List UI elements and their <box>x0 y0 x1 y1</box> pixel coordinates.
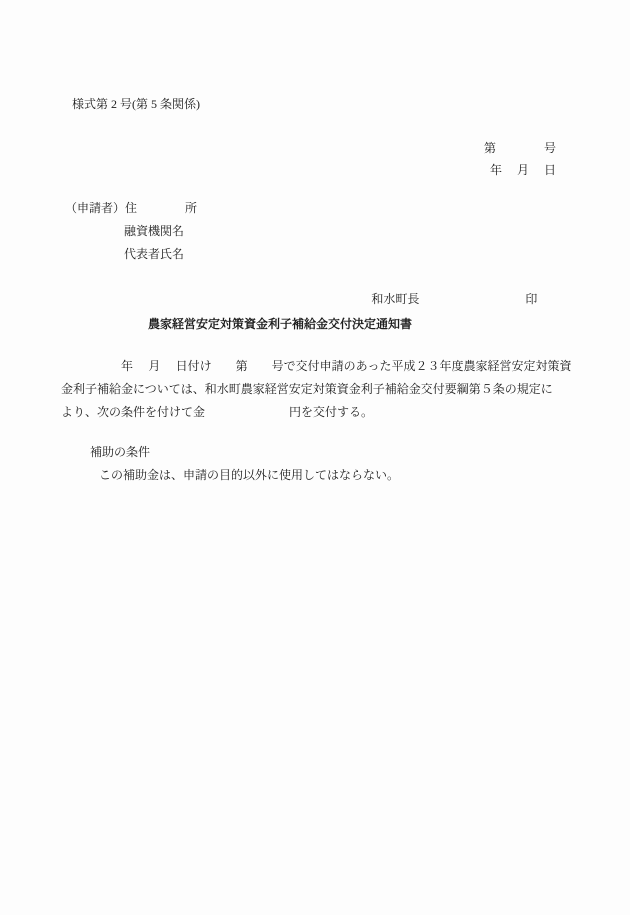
mayor-title: 和水町長 <box>371 292 419 306</box>
date-line: 年 月 日 <box>490 163 556 177</box>
body-line-2: 金利子補給金については、和水町農家経営安定対策資金利子補給金交付要綱第５条の規定… <box>61 382 553 396</box>
form-number-label: 様式第 2 号(第 5 条関係) <box>72 97 200 111</box>
applicant-address-label: （申請者）住 所 <box>65 201 197 215</box>
body-line-3: より、次の条件を付けて金 円を交付する。 <box>61 405 373 419</box>
seal-label: 印 <box>525 292 537 306</box>
conditions-heading: 補助の条件 <box>90 445 150 459</box>
conditions-item: この補助金は、申請の目的以外に使用してはならない。 <box>99 468 399 482</box>
document-title: 農家経営安定対策資金利子補給金交付決定通知書 <box>148 317 412 331</box>
applicant-representative-label: 代表者氏名 <box>124 247 184 261</box>
body-line-1: 年 月 日付け 第 号で交付申請のあった平成２３年度農家経営安定対策資 <box>61 359 572 373</box>
document-number-line: 第 号 <box>484 141 556 155</box>
document-page: 様式第 2 号(第 5 条関係) 第 号 年 月 日 （申請者）住 所 融資機関… <box>0 0 630 915</box>
issuer-line: 和水町長印 <box>358 278 537 320</box>
applicant-institution-label: 融資機関名 <box>124 224 184 238</box>
